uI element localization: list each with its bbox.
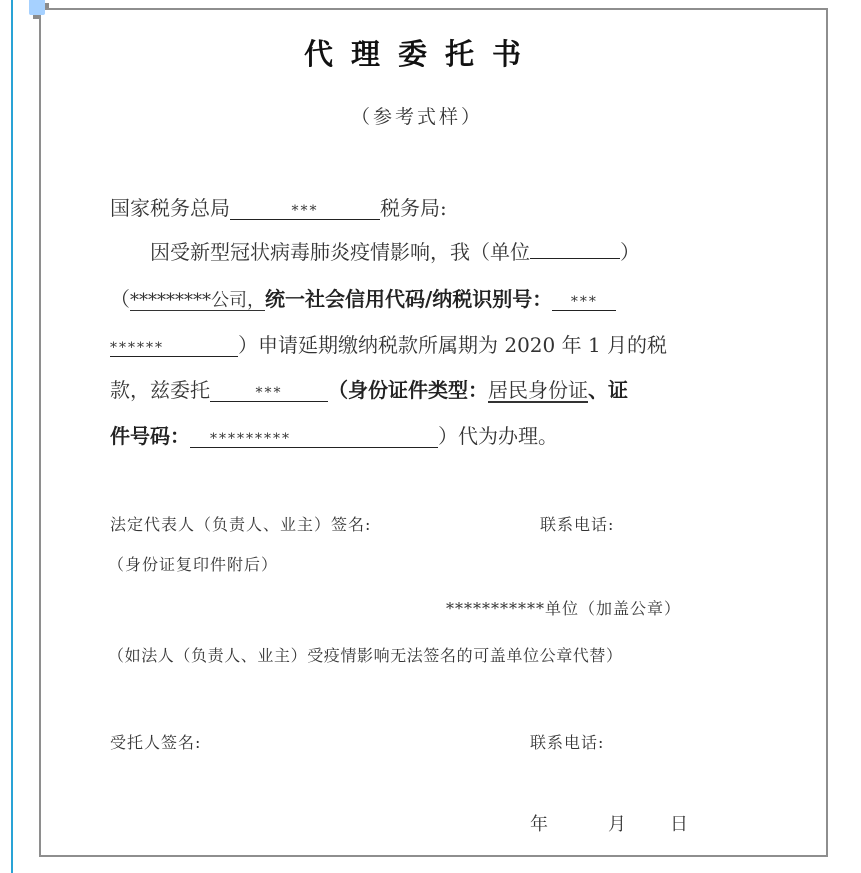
unit-blank	[530, 258, 620, 259]
addressee-prefix: 国家税务总局	[110, 196, 230, 220]
legal-rep-phone-label: 联系电话:	[540, 517, 614, 533]
document-title: 代理委托书	[304, 40, 539, 69]
paragraph-line3-text: ）申请延期缴纳税款所属期为 2020 年 1 月的税	[238, 333, 667, 357]
id-number-label: 件号码：	[110, 424, 190, 448]
paragraph-line4-sep: 、证	[588, 378, 628, 402]
id-copy-note: （身份证复印件附后）	[108, 557, 278, 573]
credit-code-label: 统一社会信用代码/纳税识别号：	[265, 287, 552, 311]
date-year-label: 年	[530, 816, 549, 834]
date-day-label: 日	[670, 816, 689, 834]
trustee-phone-label: 联系电话:	[530, 735, 604, 751]
id-type-label: （身份证件类型：	[328, 378, 488, 402]
left-guide-line	[11, 0, 13, 873]
legal-rep-signature-label: 法定代表人（负责人、业主）签名:	[110, 517, 371, 533]
document-subtitle: （参考式样）	[351, 108, 483, 127]
paragraph-line-2: （*********公司，统一社会信用代码/纳税识别号：***	[110, 289, 616, 311]
unit-seal-label: ***********单位（加盖公章）	[446, 601, 681, 617]
addressee-line: 国家税务总局***税务局:	[110, 198, 447, 220]
paragraph-line-4: 款，兹委托***（身份证件类型：居民身份证、证	[110, 380, 628, 402]
company-name-value: *********公司，	[130, 290, 265, 311]
paragraph-line-1: 因受新型冠状病毒肺炎疫情影响，我（单位）	[150, 242, 640, 262]
trustee-signature-label: 受托人签名:	[110, 735, 201, 751]
date-month-label: 月	[608, 816, 627, 834]
seal-substitute-note: （如法人（负责人、业主）受疫情影响无法签名的可盖单位公章代替）	[108, 648, 623, 664]
paragraph-line-3: ******）申请延期缴纳税款所属期为 2020 年 1 月的税	[110, 335, 667, 357]
id-type-value: 居民身份证	[488, 378, 588, 402]
paragraph-line-5: 件号码：*********）代为办理。	[110, 426, 558, 448]
paragraph-line1-text: 因受新型冠状病毒肺炎疫情影响，我（单位	[150, 240, 530, 264]
credit-code-blank: ***	[552, 294, 616, 311]
paragraph-line2-open: （	[110, 287, 130, 311]
id-number-blank: *********	[190, 431, 438, 448]
paragraph-line4-prefix: 款，兹委托	[110, 378, 210, 402]
corner-marker-icon	[29, 0, 45, 15]
credit-code-blank-continued: ******	[110, 340, 238, 357]
trustee-name-blank: ***	[210, 385, 328, 402]
addressee-suffix: 税务局:	[380, 196, 447, 220]
paragraph-line1-close: ）	[620, 240, 640, 264]
tax-bureau-blank: ***	[230, 203, 380, 220]
paragraph-line5-text: ）代为办理。	[438, 424, 558, 448]
